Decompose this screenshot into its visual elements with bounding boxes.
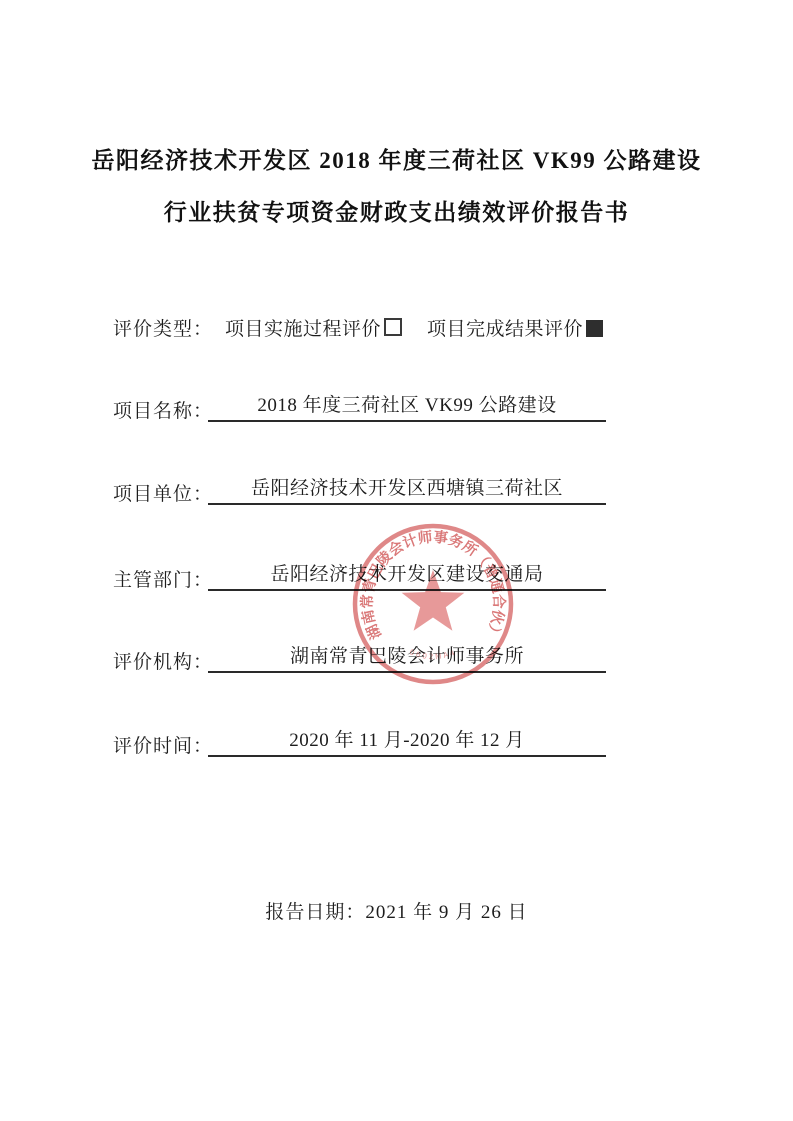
project-unit-value: 岳阳经济技术开发区西塘镇三荷社区	[208, 475, 606, 505]
evaluation-option-result: 项目完成结果评价	[427, 314, 603, 341]
evaluation-agency-row: 评价机构： 湖南常青巴陵会计师事务所	[0, 647, 793, 675]
project-unit-label: 项目单位：	[113, 479, 213, 506]
evaluation-agency-label: 评价机构：	[113, 647, 213, 674]
competent-department-row: 主管部门： 岳阳经济技术开发区建设交通局	[0, 565, 793, 593]
evaluation-option-process-label: 项目实施过程评价	[225, 319, 381, 340]
project-name-row: 项目名称： 2018 年度三荷社区 VK99 公路建设	[0, 396, 793, 424]
evaluation-period-row: 评价时间： 2020 年 11 月-2020 年 12 月	[0, 731, 793, 759]
evaluation-agency-value: 湖南常青巴陵会计师事务所	[208, 643, 606, 673]
evaluation-option-process: 项目实施过程评价	[225, 314, 402, 341]
empty-checkbox-icon	[384, 318, 402, 336]
project-name-label: 项目名称：	[113, 396, 213, 423]
evaluation-period-value: 2020 年 11 月-2020 年 12 月	[208, 727, 606, 757]
competent-department-label: 主管部门：	[113, 565, 213, 592]
document-title-line1: 岳阳经济技术开发区 2018 年度三荷社区 VK99 公路建设	[0, 142, 793, 175]
competent-department-value: 岳阳经济技术开发区建设交通局	[208, 561, 606, 591]
evaluation-type-row: 评价类型： 项目实施过程评价 项目完成结果评价	[0, 314, 793, 342]
evaluation-period-label: 评价时间：	[113, 731, 213, 758]
evaluation-type-label: 评价类型：	[113, 314, 213, 341]
project-unit-row: 项目单位： 岳阳经济技术开发区西塘镇三荷社区	[0, 479, 793, 507]
evaluation-option-result-label: 项目完成结果评价	[427, 319, 583, 340]
project-name-value: 2018 年度三荷社区 VK99 公路建设	[208, 392, 606, 422]
report-date: 报告日期：2021 年 9 月 26 日	[0, 897, 793, 924]
document-title-line2: 行业扶贫专项资金财政支出绩效评价报告书	[0, 194, 793, 227]
report-cover-page: 岳阳经济技术开发区 2018 年度三荷社区 VK99 公路建设 行业扶贫专项资金…	[0, 0, 793, 1121]
filled-checkbox-icon	[586, 320, 603, 337]
